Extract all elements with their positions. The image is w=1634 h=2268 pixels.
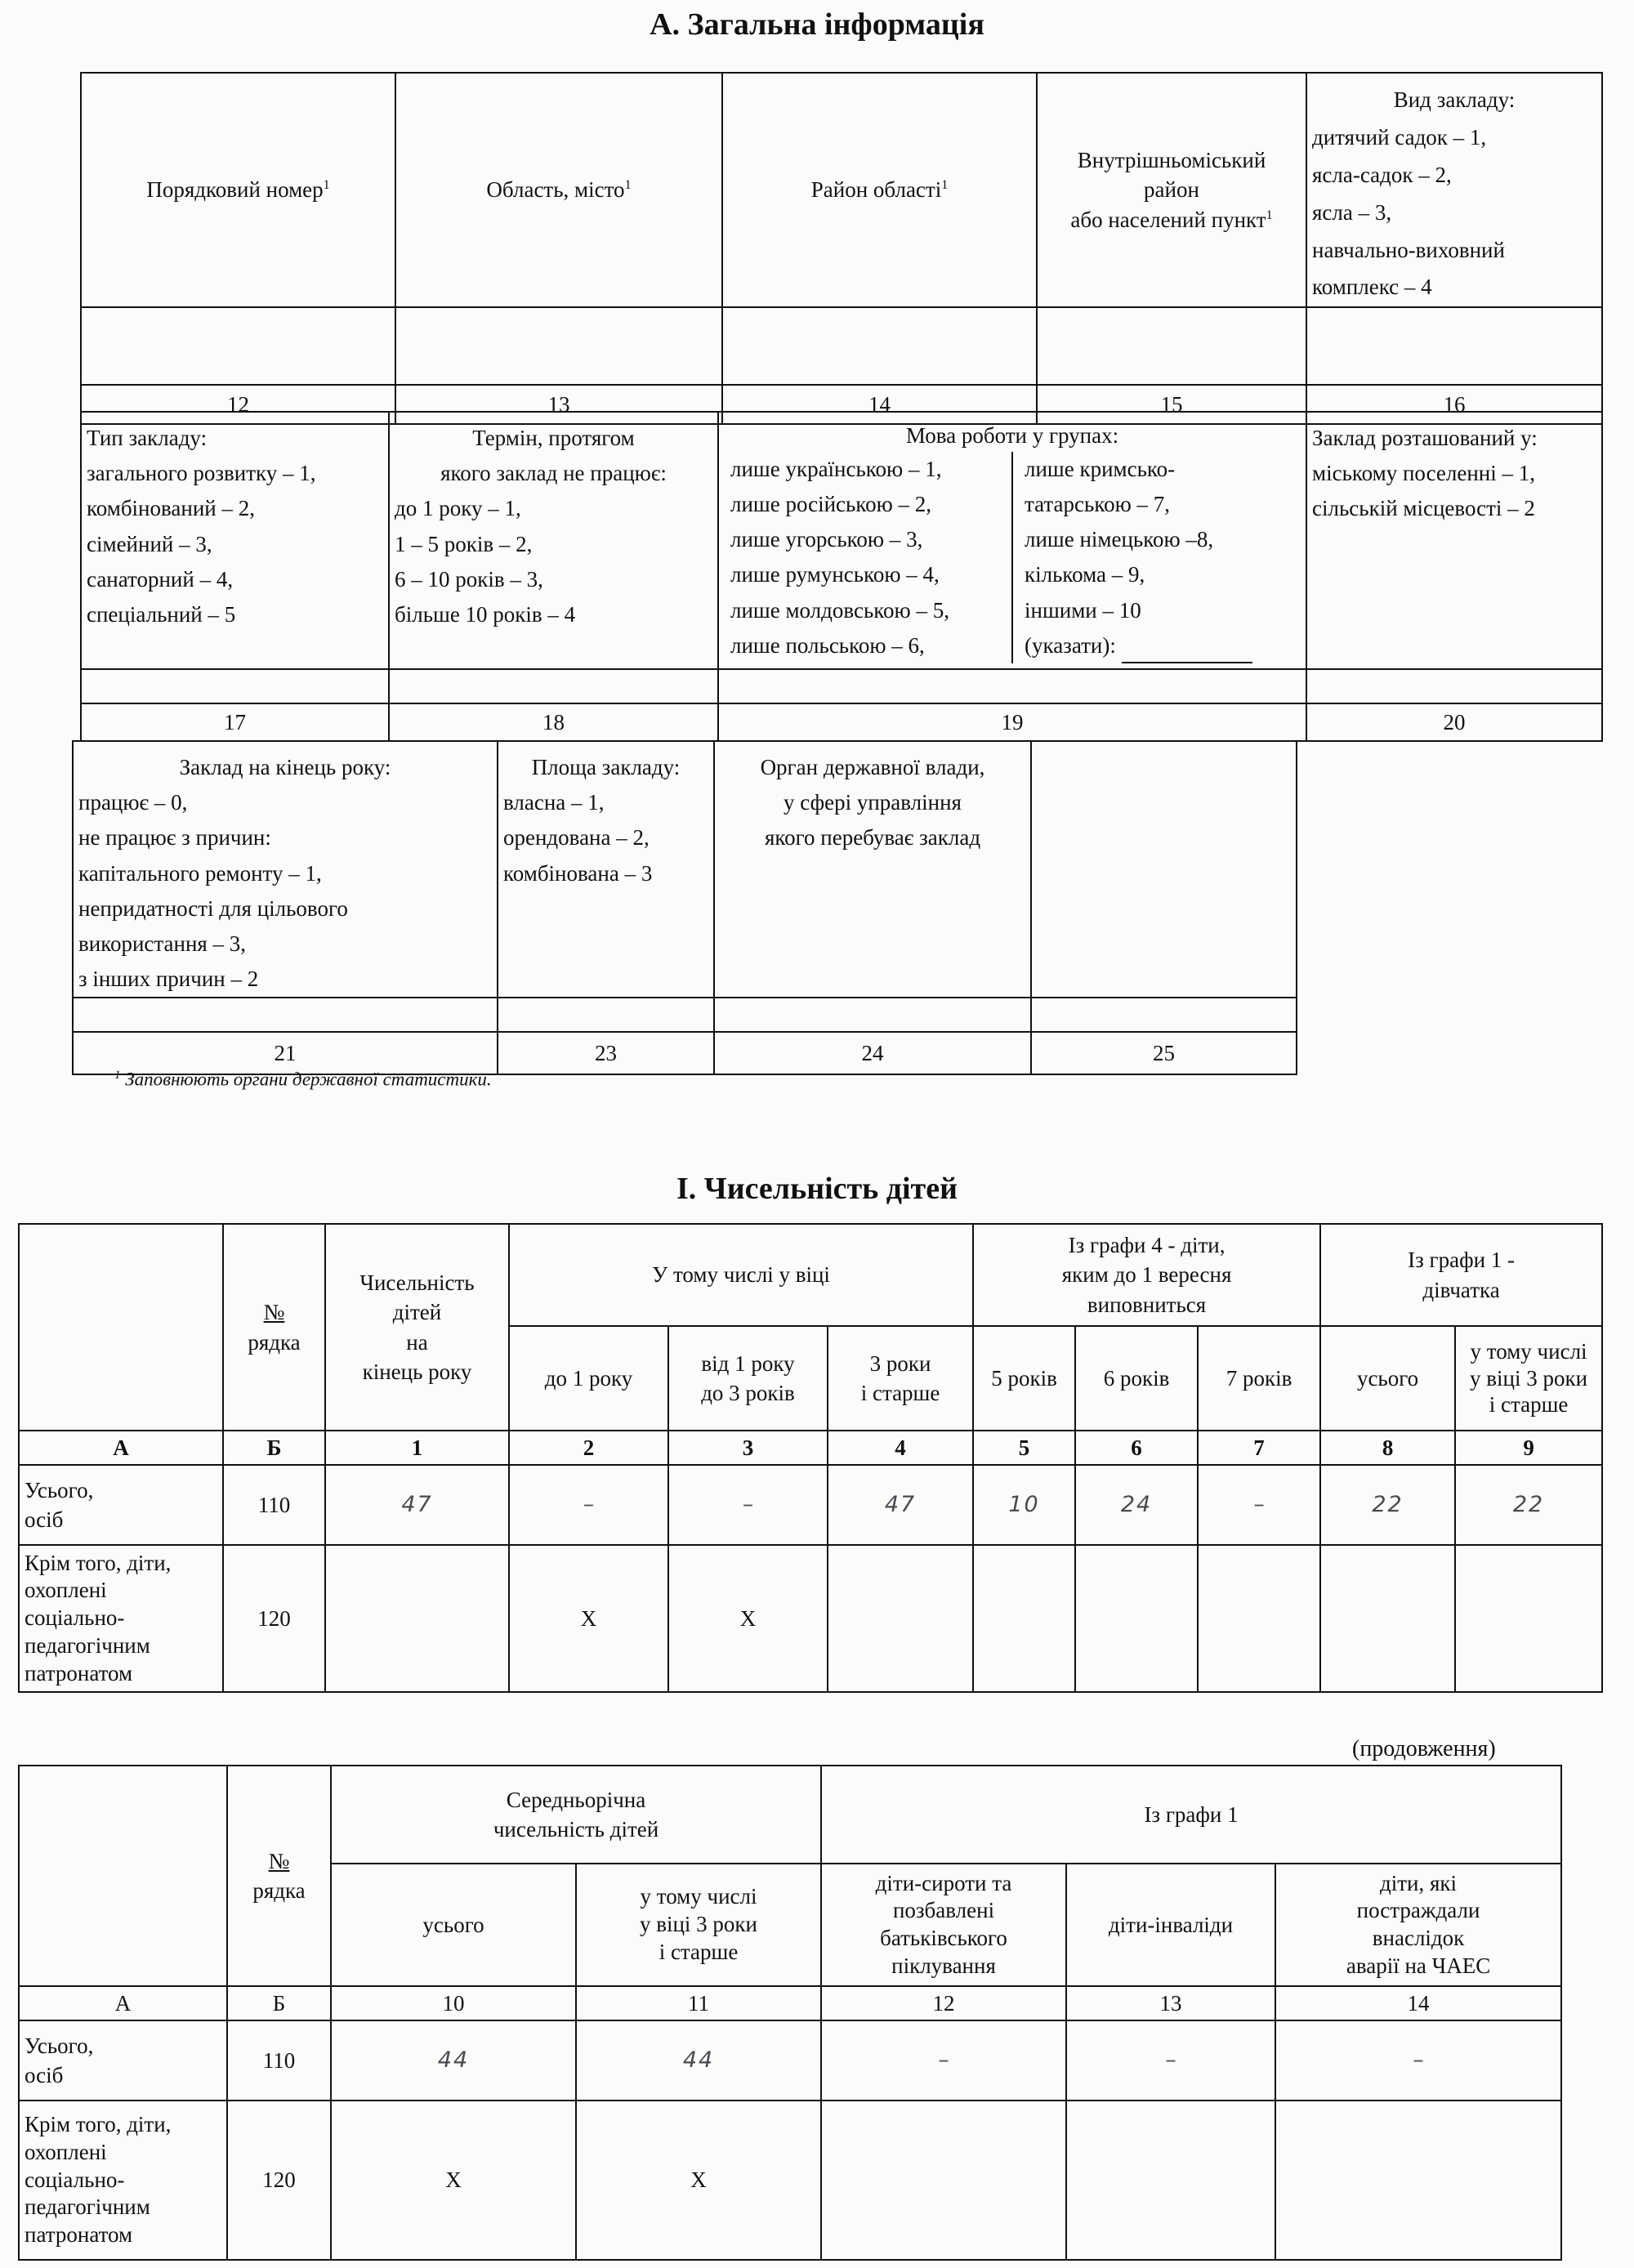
row-number: 110 (227, 2020, 331, 2101)
col-number: 14 (1275, 1986, 1561, 2020)
header-serial-number: Порядковий номер1 (81, 73, 395, 307)
input-group-language[interactable] (718, 669, 1306, 703)
col-number: 7 (1198, 1431, 1320, 1465)
col-number: 10 (331, 1986, 576, 2020)
institution-type-options: Тип закладу: загального розвитку – 1, ко… (81, 412, 389, 669)
location-options: Заклад розташований у: міському поселенн… (1306, 412, 1602, 669)
header-institution-kind: Вид закладу: дитячий садок – 1, ясла-сад… (1306, 73, 1602, 307)
input-col-25[interactable] (1031, 998, 1297, 1032)
header-age-group: У тому числі у віці (509, 1224, 973, 1326)
header-average-3-and-older: у тому числіу віці 3 рокиі старше (576, 1864, 821, 1986)
value-cell[interactable]: 44 (331, 2020, 576, 2101)
section-1-title: І. Чисельність дітей (0, 1171, 1634, 1207)
group-language-options: Мова роботи у групах: лише українською –… (718, 412, 1306, 669)
value-cell[interactable]: – (1198, 1465, 1320, 1545)
row-number: 120 (227, 2101, 331, 2260)
closure-duration-options: Термін, протягом якого заклад не працює:… (389, 412, 718, 669)
header-city-district: Внутрішньоміський район або населений пу… (1037, 73, 1306, 307)
header-girls-3-and-older: у тому числіу віці 3 рокиі старше (1455, 1326, 1602, 1431)
header-a-blank (19, 1224, 223, 1431)
value-cell[interactable]: – (668, 1465, 828, 1545)
input-premises[interactable] (498, 998, 714, 1032)
value-cell[interactable]: 47 (325, 1465, 509, 1545)
input-location[interactable] (1306, 669, 1602, 703)
header-girls-group: Із графи 1 - дівчатка (1320, 1224, 1602, 1326)
col-number: 17 (81, 703, 389, 741)
header-disabled-children: діти-інваліди (1066, 1864, 1275, 1986)
header-6-years: 6 років (1075, 1326, 1198, 1431)
col-number: Б (223, 1431, 325, 1465)
end-of-year-status-options: Заклад на кінець року: працює – 0, не пр… (73, 741, 498, 998)
children-count-table-continued: № рядка Середньорічна чисельність дітей … (18, 1765, 1562, 2261)
row-label: Усього,осіб (19, 1465, 223, 1545)
header-1-to-3: від 1 рокудо 3 років (668, 1326, 828, 1431)
general-info-table-3: Заклад на кінець року: працює – 0, не пр… (72, 740, 1297, 1075)
input-end-of-year-status[interactable] (73, 998, 498, 1032)
input-institution-type[interactable] (81, 669, 389, 703)
value-cell[interactable]: 24 (1075, 1465, 1198, 1545)
input-governing-authority[interactable] (714, 998, 1031, 1032)
premises-options: Площа закладу: власна – 1, орендована – … (498, 741, 714, 998)
header-row-number: № рядка (223, 1224, 325, 1431)
header-5-years: 5 років (973, 1326, 1075, 1431)
col-number: 18 (389, 703, 718, 741)
input-city-district[interactable] (1037, 307, 1306, 385)
col-number: 19 (718, 703, 1306, 741)
col-number: 1 (325, 1431, 509, 1465)
col-number: 12 (821, 1986, 1066, 2020)
value-cell: X (576, 2101, 821, 2260)
col-number: 2 (509, 1431, 668, 1465)
col-number: 13 (1066, 1986, 1275, 2020)
header-district: Район області1 (722, 73, 1037, 307)
col-number: 11 (576, 1986, 821, 2020)
header-orphans: діти-сироти тапозбавленібатьківськогопік… (821, 1864, 1066, 1986)
other-language-input[interactable] (1122, 644, 1252, 663)
row-number: 110 (223, 1465, 325, 1545)
value-cell: X (331, 2101, 576, 2260)
input-region-city[interactable] (395, 307, 722, 385)
col-number: 5 (973, 1431, 1075, 1465)
value-cell[interactable] (821, 2101, 1066, 2260)
value-cell[interactable]: – (821, 2020, 1066, 2101)
section-a-title: А. Загальна інформація (0, 7, 1634, 42)
value-cell[interactable]: 22 (1455, 1465, 1602, 1545)
header-row-number: № рядка (227, 1766, 331, 1986)
row-label: Крім того, діти,охопленісоціально-педаго… (19, 2101, 227, 2260)
footnote: 1 Заповнюють органи державної статистики… (114, 1069, 492, 1091)
header-total-children: Чисельність дітей на кінець року (325, 1224, 509, 1431)
value-cell: X (509, 1545, 668, 1692)
col-number: 25 (1031, 1032, 1297, 1074)
col-number: А (19, 1431, 223, 1465)
header-3-and-older: 3 рокиі старше (828, 1326, 973, 1431)
input-institution-kind[interactable] (1306, 307, 1602, 385)
continuation-caption: (продовження) (1352, 1736, 1496, 1762)
header-a-blank (19, 1766, 227, 1986)
col-number: А (19, 1986, 227, 2020)
value-cell[interactable] (1455, 1545, 1602, 1692)
value-cell[interactable] (828, 1545, 973, 1692)
header-average-total: усього (331, 1864, 576, 1986)
table-row: Крім того, діти,охопленісоціально-педаго… (19, 2101, 1561, 2260)
value-cell[interactable] (1320, 1545, 1455, 1692)
header-from-col-1-group: Із графи 1 (821, 1766, 1561, 1864)
value-cell[interactable] (325, 1545, 509, 1692)
header-girls-total: усього (1320, 1326, 1455, 1431)
header-region-city: Область, місто1 (395, 73, 722, 307)
col-number: 20 (1306, 703, 1602, 741)
value-cell[interactable]: 44 (576, 2020, 821, 2101)
col-number: 3 (668, 1431, 828, 1465)
value-cell[interactable] (1275, 2101, 1561, 2260)
header-7-years: 7 років (1198, 1326, 1320, 1431)
col-number: 6 (1075, 1431, 1198, 1465)
header-average-group: Середньорічна чисельність дітей (331, 1766, 821, 1864)
general-info-table-1: Порядковий номер1 Область, місто1 Район … (80, 72, 1603, 425)
header-under-1: до 1 року (509, 1326, 668, 1431)
children-count-table: № рядка Чисельність дітей на кінець року… (18, 1223, 1603, 1693)
general-info-table-2: Тип закладу: загального розвитку – 1, ко… (80, 411, 1603, 742)
value-cell[interactable] (973, 1545, 1075, 1692)
value-cell[interactable]: 22 (1320, 1465, 1455, 1545)
col-number: 9 (1455, 1431, 1602, 1465)
header-chernobyl-affected: діти, якіпостраждаливнаслідокаварії на Ч… (1275, 1864, 1561, 1986)
table-row: Усього,осіб 110 47 – – 47 10 24 – 22 22 (19, 1465, 1602, 1545)
value-cell[interactable]: 47 (828, 1465, 973, 1545)
empty-cell-25 (1031, 741, 1297, 998)
col-number: 23 (498, 1032, 714, 1074)
col-number: 8 (1320, 1431, 1455, 1465)
table-row: Усього,осіб 110 44 44 – – – (19, 2020, 1561, 2101)
header-turning-age-group: Із графи 4 - діти, яким до 1 вересня вип… (973, 1224, 1320, 1326)
value-cell[interactable]: 10 (973, 1465, 1075, 1545)
table-row: Крім того, діти,охопленісоціально-педаго… (19, 1545, 1602, 1692)
row-label: Крім того, діти,охопленісоціально-педаго… (19, 1545, 223, 1692)
col-number: 24 (714, 1032, 1031, 1074)
value-cell[interactable] (1066, 2101, 1275, 2260)
row-number: 120 (223, 1545, 325, 1692)
value-cell[interactable]: – (509, 1465, 668, 1545)
value-cell[interactable]: – (1066, 2020, 1275, 2101)
value-cell: X (668, 1545, 828, 1692)
governing-authority-label: Орган державної влади, у сфері управлінн… (714, 741, 1031, 998)
input-closure-duration[interactable] (389, 669, 718, 703)
col-number: 4 (828, 1431, 973, 1465)
value-cell[interactable]: – (1275, 2020, 1561, 2101)
col-number: Б (227, 1986, 331, 2020)
input-district[interactable] (722, 307, 1037, 385)
row-label: Усього,осіб (19, 2020, 227, 2101)
value-cell[interactable] (1198, 1545, 1320, 1692)
input-serial-number[interactable] (81, 307, 395, 385)
value-cell[interactable] (1075, 1545, 1198, 1692)
